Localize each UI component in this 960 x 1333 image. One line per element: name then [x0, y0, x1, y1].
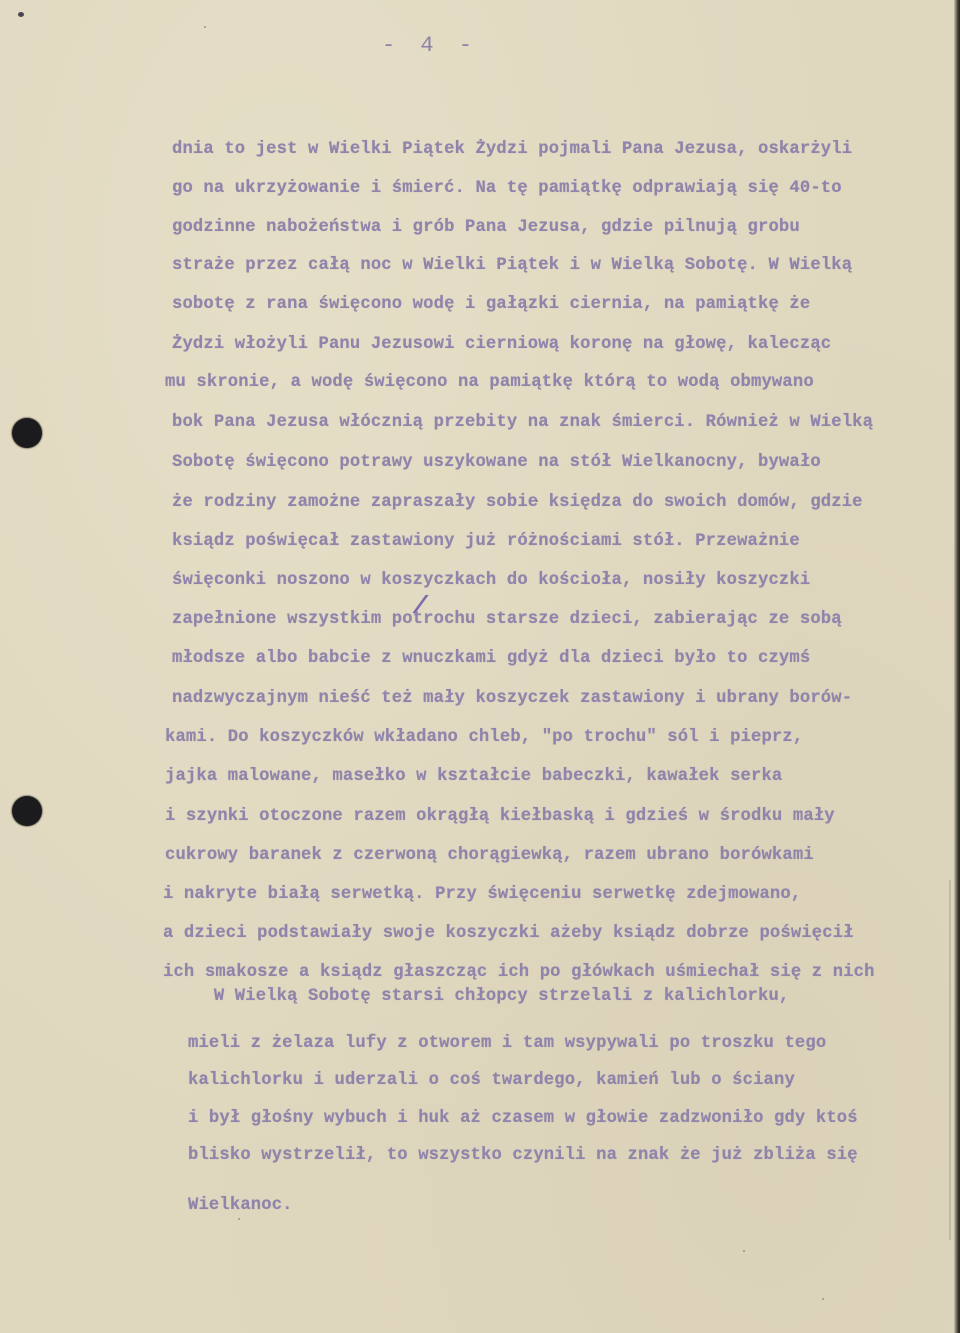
document-page: - 4 - dnia to jest w Wielki Piątek Żydzi… — [0, 0, 960, 1333]
text-line: zapełnione wszystkim potrochu starsze dz… — [172, 611, 842, 628]
text-line: ksiądz poświęcał zastawiony już różności… — [172, 533, 800, 550]
page-number: - 4 - — [380, 33, 480, 58]
paper-speck — [536, 500, 538, 502]
text-line: Sobotę święcono potrawy uszykowane na st… — [172, 454, 821, 471]
punch-hole-icon — [12, 418, 42, 448]
text-line: kami. Do koszyczków wkładano chleb, "po … — [165, 729, 803, 746]
text-line: godzinne nabożeństwa i grób Pana Jezusa,… — [172, 219, 800, 236]
text-line: i szynki otoczone razem okrągłą kiełbask… — [165, 808, 835, 825]
text-line: blisko wystrzelił, to wszystko czynili n… — [188, 1147, 858, 1164]
text-line: sobotę z rana święcono wodę i gałązki ci… — [172, 296, 810, 313]
punch-hole-icon — [12, 796, 42, 826]
page-edge-crease — [949, 880, 951, 1240]
text-line: cukrowy baranek z czerwoną chorągiewką, … — [165, 847, 814, 864]
text-line: W Wielką Sobotę starsi chłopcy strzelali… — [172, 988, 789, 1005]
text-line: bok Pana Jezusa włócznią przebity na zna… — [172, 414, 873, 431]
text-line: kalichlorku i uderzali o coś twardego, k… — [188, 1072, 795, 1089]
paper-speck — [238, 1218, 240, 1220]
text-line: że rodziny zamożne zapraszały sobie księ… — [172, 494, 863, 511]
text-line: święconki noszono w koszyczkach do kości… — [172, 572, 810, 589]
text-line: Wielkanoc. — [188, 1197, 293, 1214]
text-line: nadzwyczajnym nieść też mały koszyczek z… — [172, 690, 852, 707]
paper-speck — [822, 1298, 824, 1300]
text-line: i nakryte białą serwetką. Przy święceniu… — [163, 886, 801, 903]
corner-ink-mark — [18, 12, 24, 17]
text-line: jajka malowane, masełko w kształcie babe… — [165, 768, 782, 785]
text-line: mu skronie, a wodę święcono na pamiątkę … — [165, 374, 814, 391]
text-line: a dzieci podstawiały swoje koszyczki aże… — [163, 925, 854, 942]
paper-speck — [743, 1250, 745, 1252]
text-line: młodsze albo babcie z wnuczkami gdyż dla… — [172, 650, 810, 667]
text-line: dnia to jest w Wielki Piątek Żydzi pojma… — [172, 141, 852, 158]
text-line: go na ukrzyżowanie i śmierć. Na tę pamią… — [172, 180, 842, 197]
text-line: mieli z żelaza lufy z otworem i tam wsyp… — [188, 1035, 826, 1052]
paper-speck — [204, 26, 206, 28]
text-line: ich smakosze a ksiądz głaszcząc ich po g… — [163, 964, 875, 981]
text-line: straże przez całą noc w Wielki Piątek i … — [172, 257, 852, 274]
page-edge-shadow — [954, 0, 960, 1333]
text-line: i był głośny wybuch i huk aż czasem w gł… — [188, 1110, 858, 1127]
text-line: Żydzi włożyli Panu Jezusowi cierniową ko… — [172, 336, 831, 353]
